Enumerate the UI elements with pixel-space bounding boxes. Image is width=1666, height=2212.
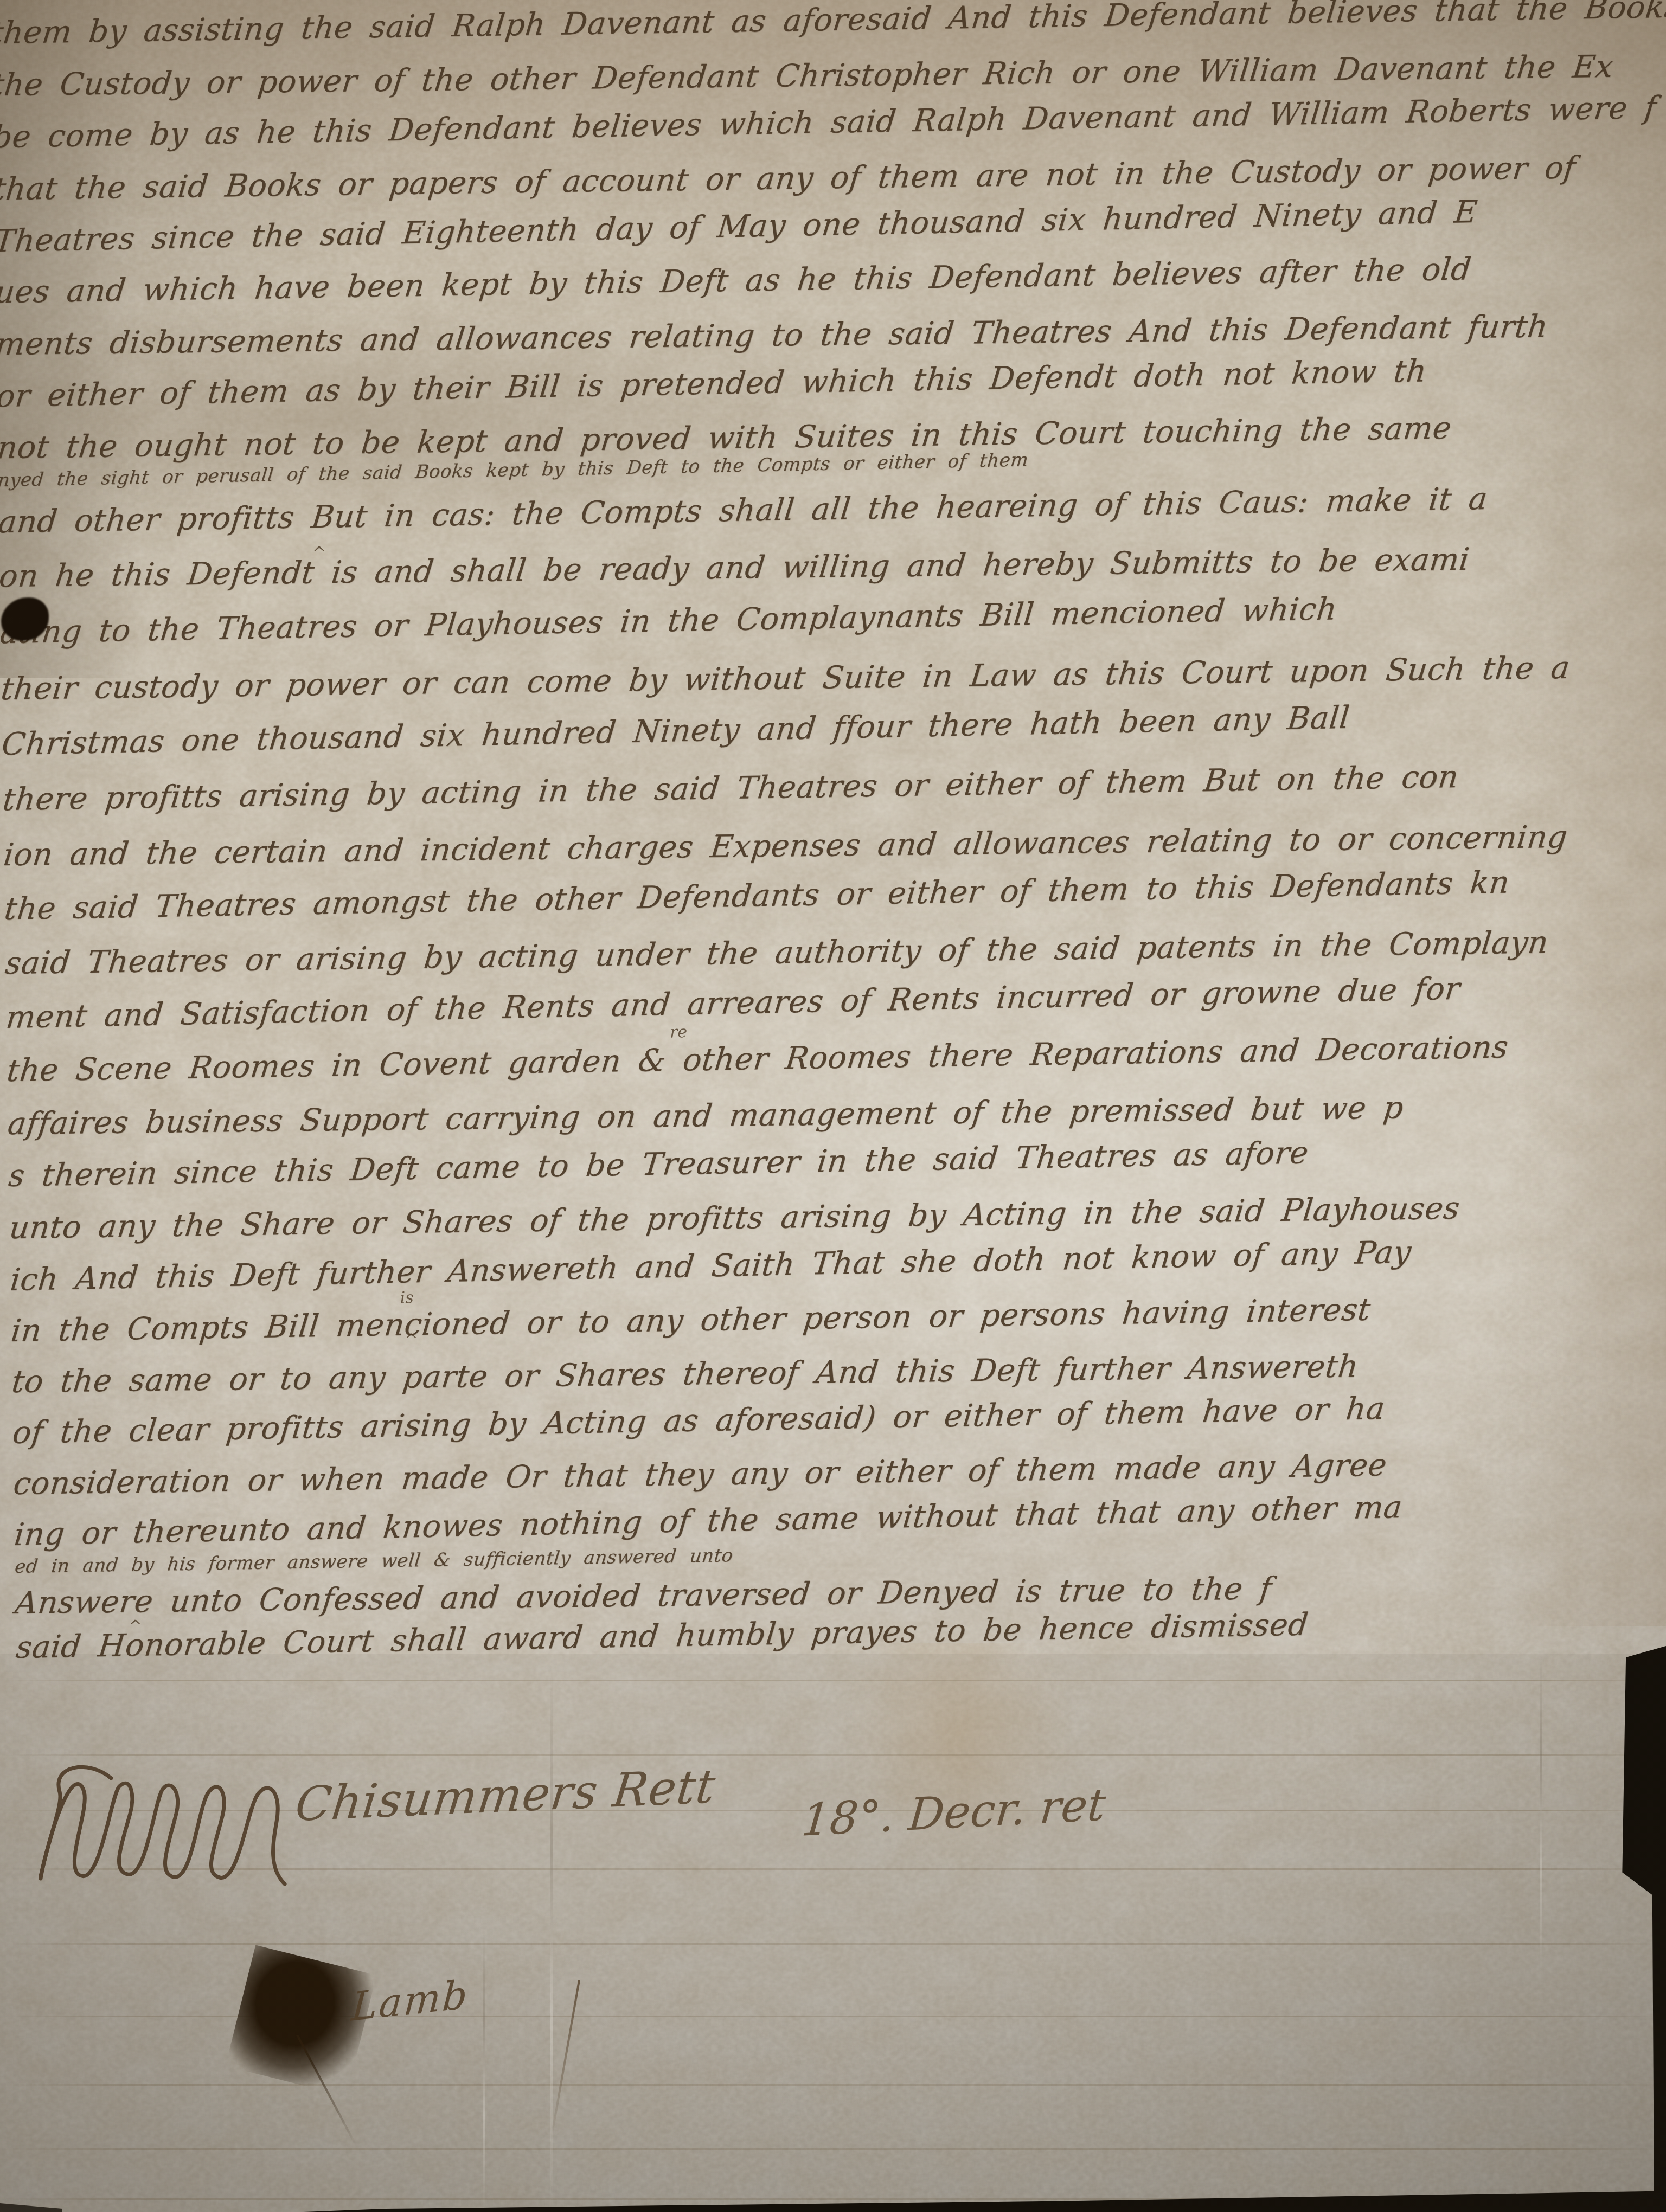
manuscript-line: there profitts arising by acting in the … <box>1 759 1460 818</box>
manuscript-line: ion and the certain and incident charges… <box>2 819 1569 873</box>
manuscript-line: to the same or to any parte or Shares th… <box>10 1348 1360 1400</box>
manuscript-line: s therein since this Deft came to be Tre… <box>7 1135 1310 1194</box>
caret-mark: ^ <box>312 544 326 563</box>
caret-mark: ^ <box>405 1330 419 1349</box>
manuscript-line: ich And this Deft further Answereth and … <box>9 1234 1413 1298</box>
manuscript-line: ment and Satisfaction of the Rents and a… <box>4 971 1462 1036</box>
manuscript-line: them by assisting the said Ralph Davenan… <box>0 0 1666 51</box>
manuscript-line: ments disbursements and allowances relat… <box>0 308 1550 362</box>
manuscript-line: said Theatres or arising by acting under… <box>3 924 1550 981</box>
manuscript-line: ues and which have been kept by this Def… <box>0 251 1473 310</box>
manuscript-line: Christmas one thousand six hundred Ninet… <box>0 700 1351 763</box>
manuscript-line: in the Compts Bill mencioned or to any o… <box>9 1292 1373 1349</box>
manuscript-line: or either of them as by their Bill is pr… <box>0 353 1428 414</box>
manuscript-line: and other profitts But in cas: the Compt… <box>0 481 1489 540</box>
caret-mark: ^ <box>129 1617 143 1636</box>
manuscript-line: affaires business Support carrying on an… <box>6 1090 1406 1142</box>
manuscript-line: of the clear profitts arising by Acting … <box>11 1391 1387 1451</box>
signature-flourish <box>30 1762 301 1898</box>
manuscript-line: the Scene Roomes in Covent garden & othe… <box>5 1029 1510 1089</box>
manuscript-line: the said Theatres amongst the other Defe… <box>3 865 1511 928</box>
manuscript-line: their custody or power or can come by wi… <box>0 650 1572 708</box>
manuscript-photo: the said Def believesthem by assisting t… <box>0 0 1666 2212</box>
interlinear-insertion: is <box>400 1288 414 1307</box>
interlinear-insertion: re <box>670 1023 688 1042</box>
manuscript-line: on he this Defendt is and shall be ready… <box>0 542 1471 594</box>
manuscript-line: ating to the Theatres or Playhouses in t… <box>0 591 1339 651</box>
